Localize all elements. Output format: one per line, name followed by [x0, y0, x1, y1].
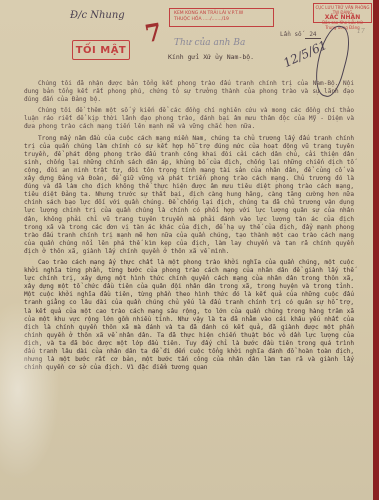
body-paragraph-2: Chúng tôi đề thêm một số ý kiến để các đ… [24, 107, 354, 131]
document-number-label: Lần số [280, 31, 302, 38]
classification-label: TỐI MẬT [76, 45, 127, 56]
archive-stamp: KEM KONG AN TRẢI LÀI V.P.T.W THUỘC HỒA .… [169, 8, 274, 27]
archive-stamp-line2: THUỘC HỒA ...../......./19 [174, 17, 269, 23]
handwritten-page-mark: 17 [357, 28, 365, 35]
handwritten-signature: Đ/c Nhung [70, 10, 125, 21]
addressee-line: Kính gửi Xứ ủy Nam-bộ. [168, 53, 254, 61]
body-paragraph-4: Cao trào cách mạng ấy thực chất là một p… [24, 259, 354, 372]
body-paragraph-3: Trong mấy năm đầu của cuộc cách mạng miề… [24, 135, 354, 256]
handwritten-note: Thư của anh Ba [174, 38, 245, 48]
background-edge [373, 0, 379, 500]
body-paragraph-1: Chúng tôi đã nhận được bản tổng kết phon… [24, 80, 354, 104]
letter-body: Chúng tôi đã nhận được bản tổng kết phon… [24, 80, 354, 375]
document-page: TỐI MẬT KEM KONG AN TRẢI LÀI V.P.T.W THU… [0, 0, 373, 500]
document-number: Lần số 24 [280, 31, 321, 38]
document-number-value: 24 [305, 31, 320, 39]
classification-stamp: TỐI MẬT [72, 40, 130, 60]
handwritten-number-mark: 7 [143, 17, 164, 48]
verification-stamp: CỤC LƯU TRỮ VĂN PHÒNG TW ĐẢNG XÁC NHẬN B… [313, 3, 372, 23]
